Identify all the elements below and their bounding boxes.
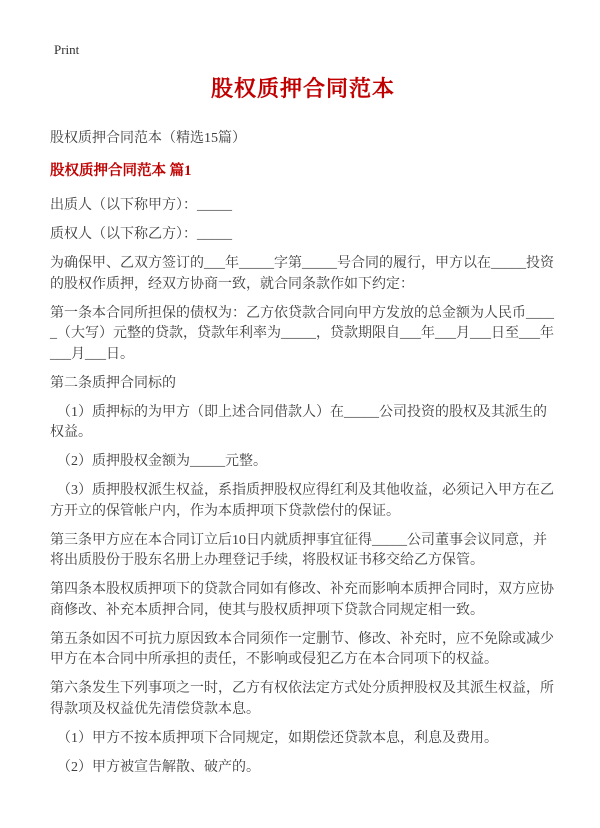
paragraph-article-2: 第二条质押合同标的: [50, 374, 556, 395]
contract-document-page: Print 股权质押合同范本 股权质押合同范本（精选15篇） 股权质押合同范本 …: [0, 0, 600, 828]
paragraph-pledgee: 质权人（以下称乙方）：_____: [50, 225, 556, 246]
paragraph-article-2-item-3: （3）质押股权派生权益，系指质押股权应得红利及其他收益，必须记入甲方在乙方开立的…: [50, 481, 556, 522]
paragraph-article-3: 第三条甲方应在本合同订立后10日内就质押事宜征得_____公司董事会议同意，并将…: [50, 531, 556, 572]
paragraph-article-6-item-2: （2）甲方被宣告解散、破产的。: [50, 758, 556, 779]
paragraph-article-5: 第五条如因不可抗力原因致本合同须作一定删节、修改、补充时，应不免除或减少甲方在本…: [50, 630, 556, 671]
print-button[interactable]: Print: [54, 42, 556, 58]
paragraph-article-6-item-1: （1）甲方不按本质押项下合同规定，如期偿还贷款本息，利息及费用。: [50, 729, 556, 750]
document-subtitle: 股权质押合同范本（精选15篇）: [50, 127, 556, 147]
paragraph-pledgor: 出质人（以下称甲方）：_____: [50, 196, 556, 217]
paragraph-article-4: 第四条本股权质押项下的贷款合同如有修改、补充而影响本质押合同时，双方应协商修改、…: [50, 580, 556, 621]
paragraph-article-6: 第六条发生下列事项之一时，乙方有权依法定方式处分质押股权及其派生权益，所得款项及…: [50, 679, 556, 720]
paragraph-article-1: 第一条本合同所担保的债权为：乙方依贷款合同向甲方发放的总金额为人民币_____（…: [50, 304, 556, 366]
document-title: 股权质押合同范本: [50, 72, 556, 103]
paragraph-article-2-item-1: （1）质押标的为甲方（即上述合同借款人）在_____公司投资的股权及其派生的权益…: [50, 403, 556, 444]
section-heading-part1: 股权质押合同范本 篇1: [50, 159, 556, 180]
paragraph-preamble: 为确保甲、乙双方签订的___年_____字第_____号合同的履行，甲方以在__…: [50, 254, 556, 295]
paragraph-article-2-item-2: （2）质押股权金额为_____元整。: [50, 452, 556, 473]
